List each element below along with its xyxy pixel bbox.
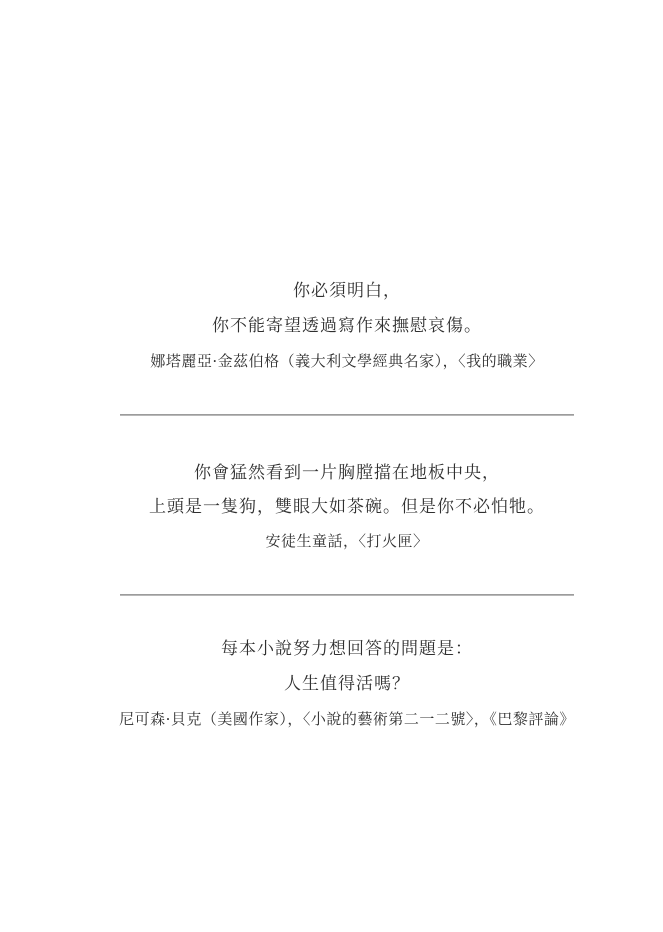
quote-line: 上頭是一隻狗，雙眼大如茶碗。但是你不必怕牠。 bbox=[31, 490, 663, 524]
quote-attribution: 安徒生童話，〈打火匣〉 bbox=[31, 524, 663, 558]
section-divider-rule bbox=[120, 414, 574, 416]
epigraph-quote-3: 每本小說努力想回答的問題是： 人生值得活嗎？ 尼可森·貝克（美國作家），〈小說的… bbox=[31, 632, 663, 737]
quote-line: 人生值得活嗎？ bbox=[31, 667, 663, 702]
epigraph-quote-1: 你必須明白， 你不能寄望透過寫作來撫慰哀傷。 娜塔麗亞·金茲伯格（義大利文學經典… bbox=[31, 274, 663, 379]
quote-line: 每本小說努力想回答的問題是： bbox=[31, 632, 663, 667]
quote-line: 你會猛然看到一片胸膛擋在地板中央， bbox=[31, 456, 663, 490]
book-page: 你必須明白， 你不能寄望透過寫作來撫慰哀傷。 娜塔麗亞·金茲伯格（義大利文學經典… bbox=[0, 0, 663, 932]
epigraph-quote-2: 你會猛然看到一片胸膛擋在地板中央， 上頭是一隻狗，雙眼大如茶碗。但是你不必怕牠。… bbox=[31, 456, 663, 558]
quote-attribution: 娜塔麗亞·金茲伯格（義大利文學經典名家），〈我的職業〉 bbox=[31, 344, 663, 379]
page-content-column: 你必須明白， 你不能寄望透過寫作來撫慰哀傷。 娜塔麗亞·金茲伯格（義大利文學經典… bbox=[31, 0, 663, 932]
section-divider-rule bbox=[120, 594, 574, 596]
quote-attribution: 尼可森·貝克（美國作家），〈小說的藝術第二一二號〉，《巴黎評論》 bbox=[31, 702, 663, 737]
quote-line: 你必須明白， bbox=[31, 274, 663, 309]
quote-line: 你不能寄望透過寫作來撫慰哀傷。 bbox=[31, 309, 663, 344]
